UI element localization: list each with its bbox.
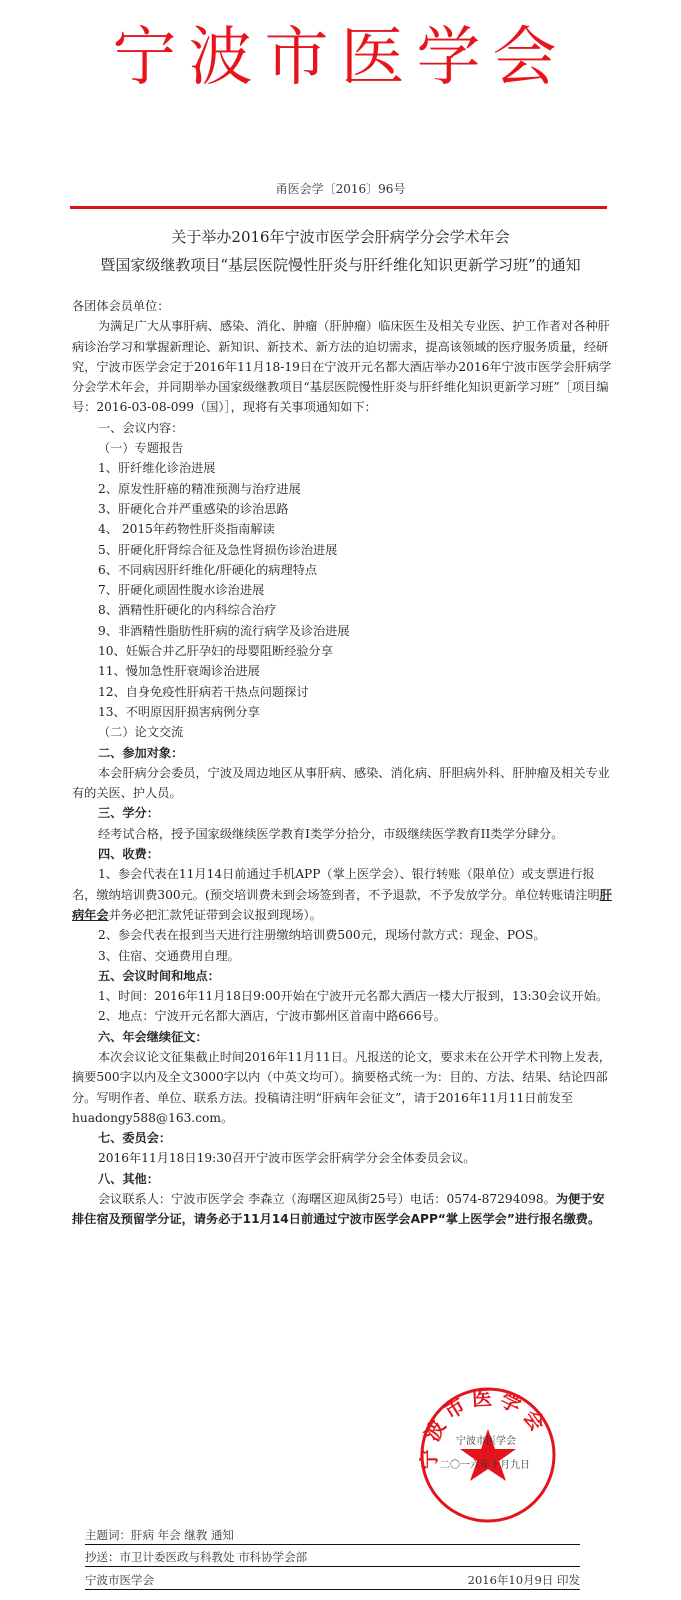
notice-body: 各团体会员单位： 为满足广大从事肝病、感染、消化、肿瘤（肝肿瘤）临床医生及相关专… xyxy=(72,296,612,1230)
topic-item: 9、非酒精性脂肪性肝病的流行病学及诊治进展 xyxy=(72,621,612,641)
fee-item-1: 1、参会代表在11月14日前通过手机APP（掌上医学会）、银行转账（限单位）或支… xyxy=(72,864,612,925)
topic-item: 10、妊娠合并乙肝孕妇的母婴阻断经验分享 xyxy=(72,641,612,661)
section-3-text: 经考试合格，授予国家级继续医学教育I类学分拾分，市级继续医学教育II类学分肆分。 xyxy=(72,824,612,844)
section-8-heading: 八、其他： xyxy=(72,1169,612,1189)
seal-issuer: 宁波市医学会 xyxy=(456,1432,516,1447)
location-item: 2、地点：宁波开元名都大酒店，宁波市鄞州区首南中路666号。 xyxy=(72,1006,612,1026)
masthead-title: 宁波市医学会 xyxy=(0,18,681,98)
section-3-heading: 三、学分： xyxy=(72,803,612,823)
fee-item-2: 2、参会代表在报到当天进行注册缴纳培训费500元，现场付款方式：现金、POS。 xyxy=(72,925,612,945)
topic-item: 3、肝硬化合并严重感染的诊治思路 xyxy=(72,499,612,519)
section-1-heading: 一、会议内容： xyxy=(72,418,612,438)
footer-issue-line: 宁波市医学会 2016年10月9日 印发 xyxy=(85,1572,580,1590)
document-number: 甬医会学〔2016〕96号 xyxy=(0,180,681,197)
topic-item: 4、 2015年药物性肝炎指南解读 xyxy=(72,519,612,539)
fee-item-3: 3、住宿、交通费用自理。 xyxy=(72,946,612,966)
section-1-sub1: （一）专题报告 xyxy=(72,438,612,458)
salutation: 各团体会员单位： xyxy=(72,296,612,316)
footer-print-date: 2016年10月9日 印发 xyxy=(468,1572,580,1588)
topic-item: 12、自身免疫性肝病若干热点问题探讨 xyxy=(72,682,612,702)
seal-date: 二〇一六年十月九日 xyxy=(440,1456,530,1471)
topic-item: 7、肝硬化顽固性腹水诊治进展 xyxy=(72,580,612,600)
section-5-heading: 五、会议时间和地点： xyxy=(72,966,612,986)
section-2-heading: 二、参加对象： xyxy=(72,743,612,763)
section-7-heading: 七、委员会： xyxy=(72,1128,612,1148)
time-item: 1、时间：2016年11月18日9:00开始在宁波开元名都大酒店一楼大厅报到，1… xyxy=(72,986,612,1006)
topic-item: 2、原发性肝癌的精准预测与治疗进展 xyxy=(72,479,612,499)
notice-title-line1: 关于举办2016年宁波市医学会肝病学分会学术年会 xyxy=(0,226,681,247)
section-6-heading: 六、年会继续征文： xyxy=(72,1027,612,1047)
footer-cc: 抄送：市卫计委医政与科教处 市科协学会部 xyxy=(85,1549,580,1567)
intro-paragraph: 为满足广大从事肝病、感染、消化、肿瘤（肝肿瘤）临床医生及相关专业医、护工作者对各… xyxy=(72,316,612,417)
topic-item: 11、慢加急性肝衰竭诊治进展 xyxy=(72,661,612,681)
section-4-heading: 四、收费： xyxy=(72,844,612,864)
notice-title-line2: 暨国家级继教项目“基层医院慢性肝炎与肝纤维化知识更新学习班”的通知 xyxy=(0,254,681,275)
topic-item: 8、酒精性肝硬化的内科综合治疗 xyxy=(72,600,612,620)
topic-item: 13、不明原因肝损害病例分享 xyxy=(72,702,612,722)
topic-item: 5、肝硬化肝肾综合征及急性肾损伤诊治进展 xyxy=(72,540,612,560)
topic-item: 1、肝纤维化诊治进展 xyxy=(72,458,612,478)
official-seal-icon: 宁波市医学会 xyxy=(418,1385,558,1525)
section-8-text: 会议联系人：宁波市医学会 李森立（海曙区迎凤街25号）电话：0574-87294… xyxy=(72,1189,612,1230)
section-7-text: 2016年11月18日19:30召开宁波市医学会肝病学分会全体委员会议。 xyxy=(72,1148,612,1168)
footer-issuer: 宁波市医学会 xyxy=(85,1573,154,1587)
topic-item: 6、不同病因肝纤维化/肝硬化的病理特点 xyxy=(72,560,612,580)
red-divider xyxy=(70,206,607,209)
section-1-sub2: （二）论文交流 xyxy=(72,722,612,742)
section-2-text: 本会肝病分会委员，宁波及周边地区从事肝病、感染、消化病、肝胆病外科、肝肿瘤及相关… xyxy=(72,763,612,804)
section-6-text: 本次会议论文征集截止时间2016年11月11日。凡报送的论文，要求未在公开学术刊… xyxy=(72,1047,612,1128)
footer-keywords: 主题词：肝病 年会 继教 通知 xyxy=(85,1527,580,1545)
